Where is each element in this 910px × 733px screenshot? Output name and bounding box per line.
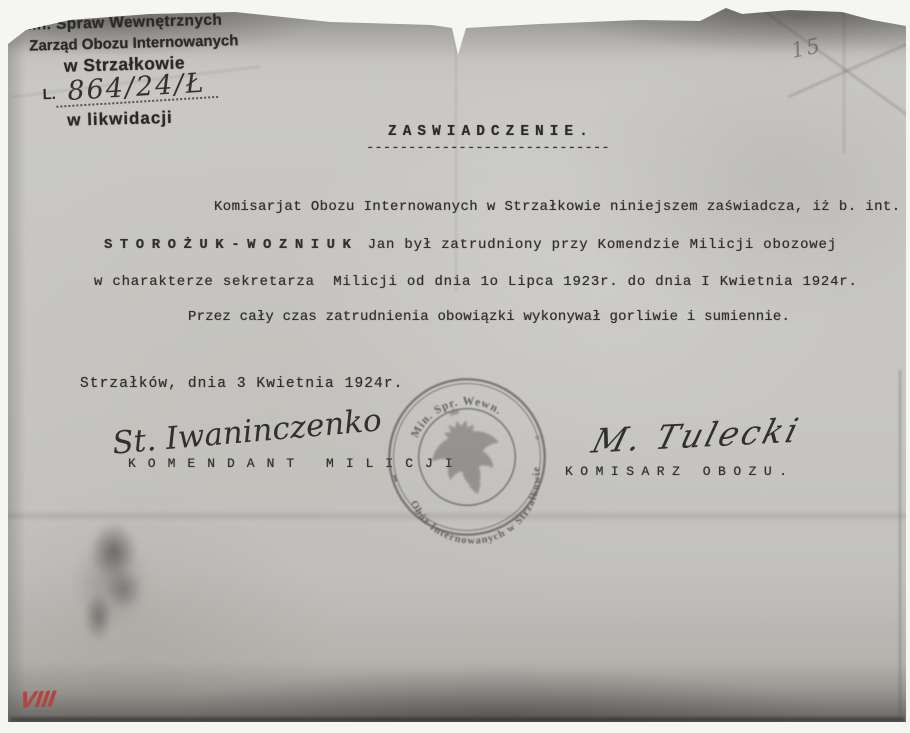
crease-line	[843, 4, 845, 154]
reference-prefix: L.	[42, 86, 56, 105]
person-name: STOROŻUK-WOZNIUK	[104, 237, 358, 253]
title-underline: -----------------------------	[366, 140, 610, 156]
reference-number-handwritten: 864/24/Ł	[55, 70, 218, 107]
seal-arc-bottom-text: Obóz Internowanych w Strzałkowie	[407, 464, 559, 564]
crease-line	[744, 0, 910, 118]
office-stamp-status: w likwidacji	[67, 106, 241, 131]
office-stamp-block: Min. Spraw Wewnętrznych Zarząd Obozu Int…	[19, 11, 241, 131]
ink-smudge	[46, 512, 176, 652]
signature-left-handwritten: St. Iwaninczenko	[111, 402, 383, 461]
body-line-3: w charakterze sekretarza Milicji od dnia…	[94, 274, 858, 290]
body-line-2: STOROŻUK-WOZNIUK Jan był zatrudniony prz…	[104, 237, 837, 253]
body-line-1: Komisarjat Obozu Internowanych w Strzałk…	[214, 199, 901, 215]
signature-right-handwritten: M. Tulecki	[588, 410, 805, 460]
document-title: ZASWIADCZENIE.	[388, 124, 594, 140]
signature-right-title: KOMISARZ OBOZU.	[565, 464, 795, 479]
archive-roman-numeral: VIII	[18, 685, 57, 713]
office-stamp-line1: Min. Spraw Wewnętrznych	[19, 11, 239, 35]
round-seal: Min. Spr. Wewn. Obóz Internowanych w Str…	[337, 327, 597, 587]
right-edge-line	[899, 370, 901, 715]
bottom-edge-line	[10, 717, 904, 722]
body-line-2-rest: Jan był zatrudniony przy Komendzie Milic…	[358, 237, 836, 253]
body-line-4: Przez cały czas zatrudnienia obowiązki w…	[188, 309, 790, 325]
document-scan: Min. Spraw Wewnętrznych Zarząd Obozu Int…	[0, 0, 910, 733]
handwritten-page-number: 15	[789, 33, 824, 63]
reference-number-row: L. 864/24/Ł	[42, 72, 240, 105]
bottom-edge-shading	[0, 658, 910, 722]
left-edge-shading	[8, 30, 26, 721]
